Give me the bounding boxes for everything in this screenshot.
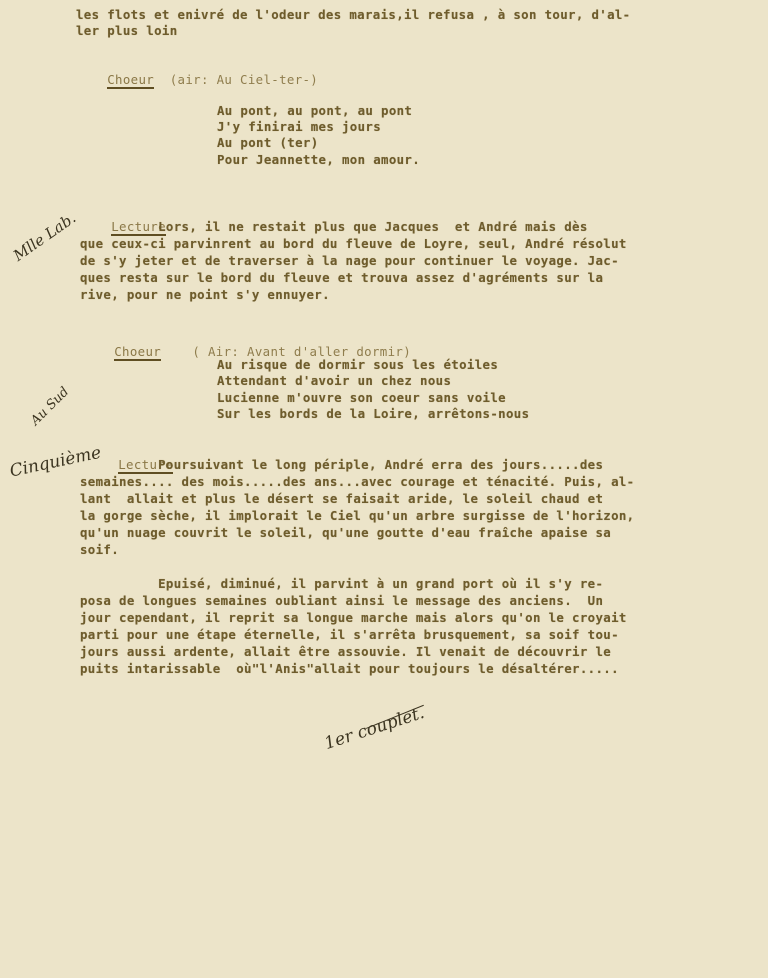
- lecture-2-p1-line-5: qu'un nuage couvrit le soleil, qu'une go…: [80, 525, 611, 542]
- intro-line-1: les flots et enivré de l'odeur des marai…: [76, 7, 631, 24]
- lecture-2-p2-line-1: Epuisé, diminué, il parvint à un grand p…: [80, 576, 603, 593]
- choeur-1-verse-4: Pour Jeannette, mon amour.: [217, 152, 420, 169]
- margin-note-2-line-1: Au Sud: [28, 384, 72, 428]
- lecture-2-p1-line-3: lant allait et plus le désert se faisait…: [80, 491, 603, 508]
- lecture-2-p1-line-6: soif.: [80, 542, 119, 559]
- intro-line-2: ler plus loin: [76, 23, 178, 40]
- lecture-2-p1-line-2: semaines.... des mois.....des ans...avec…: [80, 474, 635, 491]
- choeur-2-verse-4: Sur les bords de la Loire, arrêtons-nous: [217, 406, 529, 423]
- lecture-1-line-1: Lors, il ne restait plus que Jacques et …: [80, 219, 588, 236]
- lecture-2-p2-line-3: jour cependant, il reprit sa longue marc…: [80, 610, 627, 627]
- lecture-2-p1-line-4: la gorge sèche, il implorait le Ciel qu'…: [80, 508, 635, 525]
- lecture-2-p2-line-6: puits intarissable où"l'Anis"allait pour…: [80, 661, 619, 678]
- lecture-1-line-2: que ceux-ci parvinrent au bord du fleuve…: [80, 236, 627, 253]
- lecture-2-p1-line-1: Poursuivant le long périple, André erra …: [80, 457, 603, 474]
- choeur-2-verse-3: Lucienne m'ouvre son coeur sans voile: [217, 390, 506, 407]
- choeur-2-label: Choeur: [114, 344, 161, 361]
- document-page: les flots et enivré de l'odeur des marai…: [0, 0, 768, 978]
- choeur-1-air: (air: Au Ciel-ter-): [170, 72, 318, 87]
- choeur-2-verse-1: Au risque de dormir sous les étoiles: [217, 357, 498, 374]
- lecture-2-p2-line-4: parti pour une étape éternelle, il s'arr…: [80, 627, 619, 644]
- choeur-1-verse-3: Au pont (ter): [217, 135, 319, 152]
- choeur-1-verse-2: J'y finirai mes jours: [217, 119, 381, 136]
- lecture-2-p2-line-2: posa de longues semaines oubliant ainsi …: [80, 593, 603, 610]
- choeur-2-verse-2: Attendant d'avoir un chez nous: [217, 373, 451, 390]
- choeur-1-verse-1: Au pont, au pont, au pont: [217, 103, 412, 120]
- lecture-2-p2-line-5: jours aussi ardente, allait être assouvi…: [80, 644, 611, 661]
- margin-note-1: Mlle Lab.: [10, 209, 79, 265]
- lecture-1-line-5: rive, pour ne point s'y ennuyer.: [80, 287, 330, 304]
- choeur-1-heading: Choeur (air: Au Ciel-ter-): [76, 55, 318, 105]
- lecture-1-line-4: ques resta sur le bord du fleuve et trou…: [80, 270, 603, 287]
- choeur-1-label: Choeur: [107, 72, 154, 89]
- lecture-1-line-3: de s'y jeter et de traverser à la nage p…: [80, 253, 619, 270]
